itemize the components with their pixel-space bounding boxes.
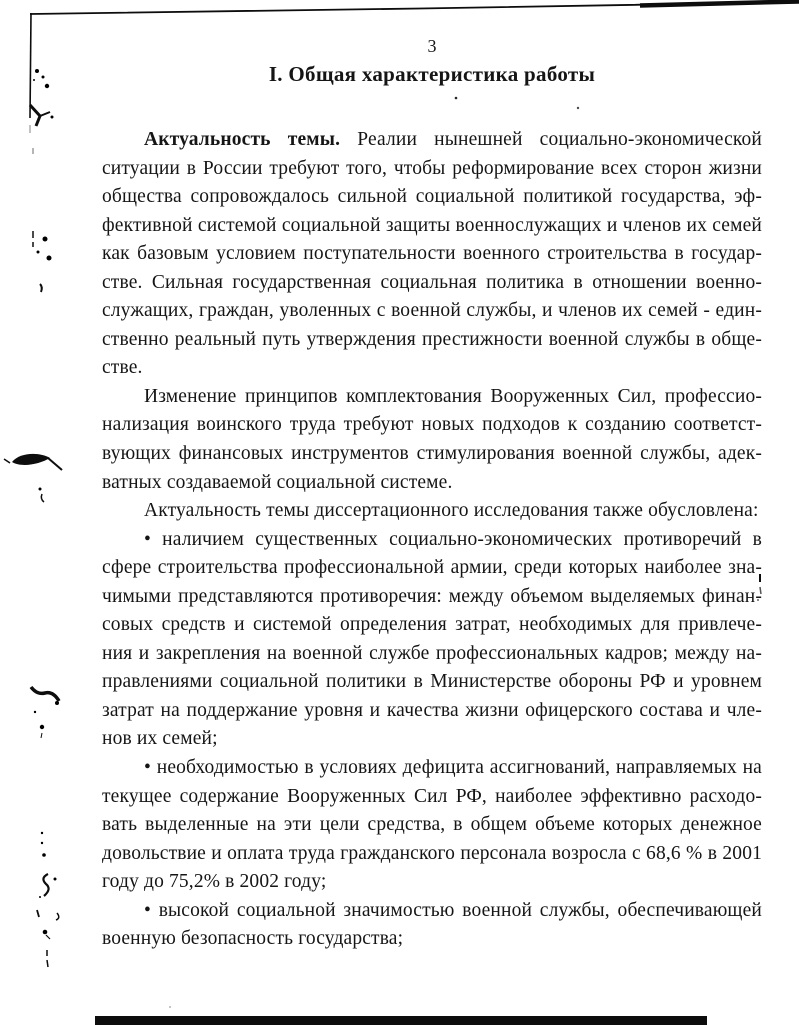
text-line: служащих, граждан, уволенных с военной с…: [102, 297, 762, 326]
ink-speck: [43, 930, 48, 935]
text-line: нов их семей;: [102, 725, 762, 754]
ink-speck: [40, 725, 44, 729]
ink-speck: [43, 237, 48, 242]
ink-blot-leaf-tip: [4, 459, 10, 463]
text-line: вать выделенные на эти цели средства, в …: [102, 811, 762, 840]
text-line: ватных создаваемой социальной системе.: [102, 469, 762, 498]
text-line: ния и закрепления на военной службе проф…: [102, 640, 762, 669]
ink-speck: [455, 97, 458, 100]
text-line: Изменение принципов комплектования Воору…: [102, 383, 762, 412]
text-line: затрат на поддержание уровня и качества …: [102, 697, 762, 726]
ink-speck: [37, 251, 40, 254]
text-line: • наличием существенных социально-эконом…: [102, 526, 762, 555]
ink-tick: [41, 733, 42, 738]
page-top-edge-line: [30, 2, 799, 14]
ink-speck: [577, 107, 579, 109]
text-line: ситуации в России требуют того, чтобы ре…: [102, 155, 762, 184]
text-line: военную безопасность государства;: [102, 925, 762, 954]
page-top-edge-thick: [640, 2, 799, 6]
page-number: 3: [102, 36, 762, 57]
text-line: правлениями социальной политики в Минист…: [102, 668, 762, 697]
ink-speck: [42, 76, 45, 79]
ink-dash: [47, 960, 48, 967]
ink-speck: [35, 69, 39, 73]
ink-speck: [54, 878, 57, 881]
ink-tick: [41, 494, 44, 502]
text-line: как базовым условием поступательности во…: [102, 240, 762, 269]
ink-speck: [51, 116, 54, 119]
scanner-bottom-bar: [95, 1016, 707, 1025]
text-line: • высокой социальной значимостью военной…: [102, 897, 762, 926]
text-line: стве.: [102, 354, 762, 383]
text-line: Актуальность темы диссертационного иссле…: [102, 497, 762, 526]
text-line: чимыми представляются противоречия: межд…: [102, 583, 762, 612]
ink-speck: [41, 842, 43, 844]
text-line: сфере строительства профессиональной арм…: [102, 554, 762, 583]
section-heading: I. Общая характеристика работы: [102, 62, 762, 87]
ink-speck: [39, 488, 42, 491]
ink-curl: [56, 913, 59, 920]
text-line: ственно реальный путь утверждения прести…: [102, 326, 762, 355]
ink-tick: [46, 935, 50, 939]
ink-blot-checkmark: [30, 105, 40, 126]
text-line: нализация воинского труда требуют новых …: [102, 411, 762, 440]
text-line: году до 75,2% в 2002 году;: [102, 868, 762, 897]
ink-blot-checkmark-arm: [40, 112, 50, 116]
ink-speck: [169, 1006, 171, 1008]
ink-speck: [45, 84, 49, 88]
page-left-edge-line: [30, 13, 31, 118]
text-line: фективной системой социальной защиты вое…: [102, 212, 762, 241]
ink-speck: [55, 701, 59, 705]
ink-speck: [33, 79, 35, 81]
ink-tick: [37, 910, 39, 917]
ink-speck: [47, 256, 52, 261]
ink-blot-leaf: [12, 454, 50, 465]
ink-comma: [40, 284, 42, 292]
ink-squiggle: [31, 687, 59, 701]
text-line: текущее содержание Вооруженных Сил РФ, н…: [102, 783, 762, 812]
ink-blot-leaf-tail: [48, 458, 62, 470]
scanned-dissertation-page: 3 I. Общая характеристика работы Актуаль…: [0, 0, 799, 1025]
text-line: Актуальность темы. Реалии нынешней социа…: [102, 126, 762, 155]
bold-lead: Актуальность темы.: [144, 129, 340, 150]
text-line: • необходимостью в условиях дефицита асс…: [102, 754, 762, 783]
ink-speck: [42, 853, 46, 857]
text-line: вующих финансовых инструментов стимулиро…: [102, 440, 762, 469]
ink-speck: [34, 711, 36, 713]
text-line: довольствие и оплата труда гражданского …: [102, 840, 762, 869]
ink-curl: [43, 874, 48, 896]
ink-speck: [41, 832, 43, 834]
body-text: Актуальность темы. Реалии нынешней социа…: [102, 126, 762, 954]
text-line: стве. Сильная государственная социальная…: [102, 269, 762, 298]
text-line: совых средств и системой определения зат…: [102, 611, 762, 640]
text-line: общества сопровождалось сильной социальн…: [102, 183, 762, 212]
ink-speck: [39, 896, 41, 898]
